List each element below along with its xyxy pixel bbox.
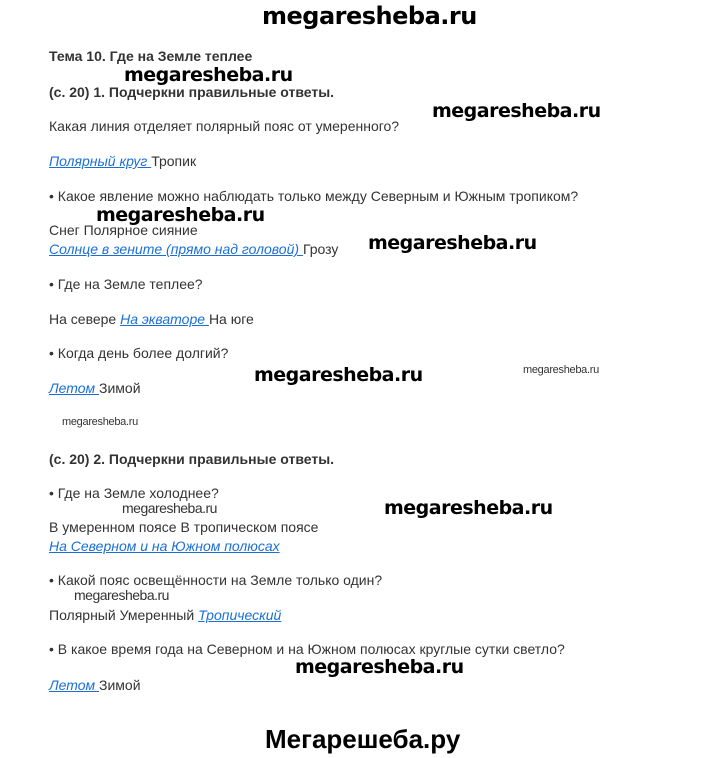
watermark: megaresheba.ru [368,232,537,254]
watermark: megaresheba.ru [384,497,553,519]
watermark: megaresheba.ru [122,500,217,516]
task1-q2-question: • Какое явление можно наблюдать только м… [49,188,578,204]
correct-answer: На экваторе [120,311,209,327]
task2-title: (с. 20) 2. Подчеркни правильные ответы. [49,451,334,467]
watermark-top: megaresheba.ru [262,2,477,30]
task1-q1-question: Какая линия отделяет полярный пояс от ум… [49,118,399,134]
task1-q2-options-line1: Снег Полярное сияние [49,222,198,238]
option: Полярный Умеренный [49,607,198,623]
footer-watermark: Мегарешеба.ру [265,724,460,755]
correct-answer: Летом [49,380,99,396]
task1-q4-options: Летом Зимой [49,380,141,396]
task2-q1-options-line2: На Северном и на Южном полюсах [49,538,280,554]
task1-q2-options-line2: Солнце в зените (прямо над головой) Гроз… [49,241,338,257]
task2-q1-question: • Где на Земле холоднее? [49,485,219,501]
task2-q2-question: • Какой пояс освещённости на Земле тольк… [49,572,382,588]
task1-title: (с. 20) 1. Подчеркни правильные ответы. [49,84,334,100]
task2-q1-options-line1: В умеренном поясе В тропическом поясе [49,519,318,535]
option: Грозу [303,241,338,257]
correct-answer: Летом [49,677,99,693]
watermark: megaresheba.ru [254,364,423,386]
option: На севере [49,311,120,327]
watermark: megaresheba.ru [432,100,601,122]
watermark: megaresheba.ru [523,364,599,376]
correct-answer: На Северном и на Южном полюсах [49,538,280,554]
correct-answer: Солнце в зените (прямо над головой) [49,241,303,257]
task2-q2-options: Полярный Умеренный Тропический [49,607,281,623]
watermark: megaresheba.ru [124,64,293,86]
task2-q3-question: • В какое время года на Северном и на Юж… [49,641,565,657]
correct-answer: Тропический [198,607,281,623]
option: На юге [209,311,254,327]
topic-title: Тема 10. Где на Земле теплее [49,48,252,64]
watermark: megaresheba.ru [62,416,138,428]
task1-q4-question: • Когда день более долгий? [49,345,228,361]
watermark: megaresheba.ru [74,587,169,603]
option: Зимой [99,677,141,693]
correct-answer: Полярный круг [49,153,151,169]
option: Зимой [99,380,141,396]
task1-q1-options: Полярный круг Тропик [49,153,196,169]
watermark: megaresheba.ru [295,656,464,678]
task1-q3-options: На севере На экваторе На юге [49,311,254,327]
task2-q3-options: Летом Зимой [49,677,141,693]
option: Тропик [151,153,196,169]
task1-q3-question: • Где на Земле теплее? [49,276,203,292]
